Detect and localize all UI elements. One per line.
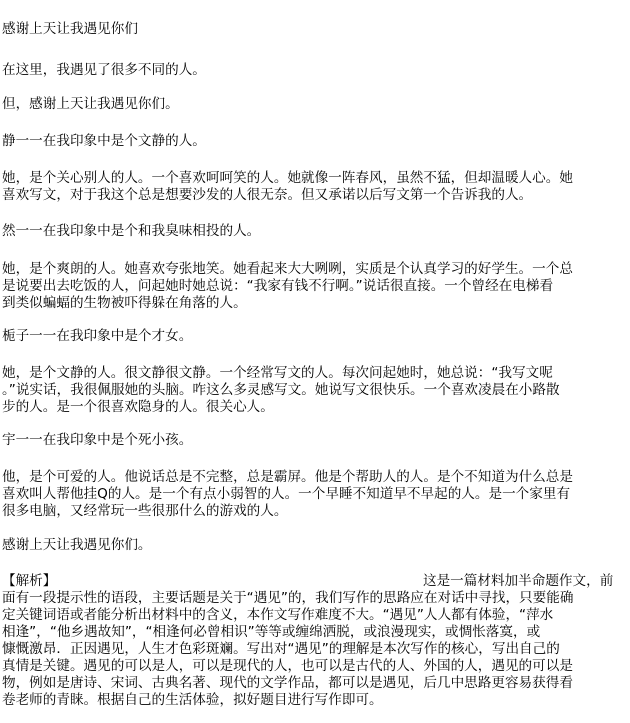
text-line: 卷老师的青睐。根据自己的生活体验，拟好题目进行写作即可。	[2, 692, 628, 709]
analysis-first-line: 这是一篇材料加半命题作文，前	[423, 573, 613, 590]
text-line: 步的人。是一个很喜欢隐身的人。很关心人。	[2, 399, 628, 416]
section-heading-jing: 静一一在我印象中是个文静的人。	[2, 133, 628, 150]
text-line: 。”说实话，我很佩服她的头脑。咋这么多灵感写文。她说写文很快乐。一个喜欢凌晨在小…	[2, 382, 628, 399]
text-line: 物，例如是唐诗、宋词、古典名著、现代的文学作品，都可以是遇见，后几中思路更容易获…	[2, 675, 628, 692]
text-line: 她，是个爽朗的人。她喜欢夸张地笑。她看起来大大咧咧，实质是个认真学习的好学生。一…	[2, 261, 628, 278]
text-line: 慷慨激昂．正因遇见，人生才色彩斑斓。写出对“遇见”的理解是本次写作的核心，写出自…	[2, 641, 628, 658]
text-line: 喜欢写文，对于我这个总是想要沙发的人很无奈。但又承诺以后写文第一个告诉我的人。	[2, 187, 628, 204]
analysis-label: 【解析】	[2, 573, 56, 590]
text-line: 她，是个关心别人的人。一个喜欢呵呵笑的人。她就像一阵春风，虽然不猛，但却温暖人心…	[2, 170, 628, 187]
section-heading-yu: 宇一一在我印象中是个死小孩。	[2, 432, 628, 449]
text-line: 是说要出去吃饭的人，问起她时她总说：“我家有钱不行啊。”说话很直接。一个曾经在电…	[2, 278, 628, 295]
text-line: 到类似蝙蝠的生物被吓得躲在角落的人。	[2, 295, 628, 312]
section-body-jing: 她，是个关心别人的人。一个喜欢呵呵笑的人。她就像一阵春风，虽然不猛，但却温暖人心…	[2, 170, 628, 204]
paragraph-intro: 在这里，我遇见了很多不同的人。	[2, 62, 628, 79]
essay-title: 感谢上天让我遇见你们	[2, 21, 628, 38]
section-heading-ran: 然一一在我印象中是个和我臭味相投的人。	[2, 223, 628, 240]
text-line: 很多电脑，又经常玩一些很那什么的游戏的人。	[2, 503, 628, 520]
text-line: 定关键词语或者能分析出材料中的含义，本作文写作难度不大。“遇见”人人都有体验，“…	[2, 607, 628, 624]
text-line: 相逢”，“他乡遇故知”，“相逢何必曾相识”等等或缠绵洒脱，或浪漫现实，或惆怅落寞…	[2, 624, 628, 641]
section-body-zhi: 她，是个文静的人。很文静很文静。一个经常写文的人。每次问起她时，她总说：“我写文…	[2, 365, 628, 416]
section-body-yu: 他，是个可爱的人。他说话总是不完整，总是霸屏。他是个帮助人的人。是个不知道为什么…	[2, 469, 628, 520]
closing-line: 感谢上天让我遇见你们。	[2, 537, 628, 554]
paragraph-thanks: 但，感谢上天让我遇见你们。	[2, 96, 628, 113]
section-body-ran: 她，是个爽朗的人。她喜欢夸张地笑。她看起来大大咧咧，实质是个认真学习的好学生。一…	[2, 261, 628, 312]
text-line: 他，是个可爱的人。他说话总是不完整，总是霸屏。他是个帮助人的人。是个不知道为什么…	[2, 469, 628, 486]
section-heading-zhi: 栀子一一在我印象中是个才女。	[2, 328, 628, 345]
text-line: 喜欢叫人帮他挂Q的人。是一个有点小弱智的人。一个早睡不知道早不早起的人。是一个家…	[2, 486, 628, 503]
text-line: 真情是关键。遇见的可以是人，可以是现代的人，也可以是古代的人、外国的人，遇见的可…	[2, 658, 628, 675]
text-line: 她，是个文静的人。很文静很文静。一个经常写文的人。每次问起她时，她总说：“我写文…	[2, 365, 628, 382]
analysis-body: 面有一段提示性的语段，主要话题是关于“遇见”的，我们写作的思路应在对话中寻找，只…	[2, 590, 628, 709]
text-line: 面有一段提示性的语段，主要话题是关于“遇见”的，我们写作的思路应在对话中寻找，只…	[2, 590, 628, 607]
